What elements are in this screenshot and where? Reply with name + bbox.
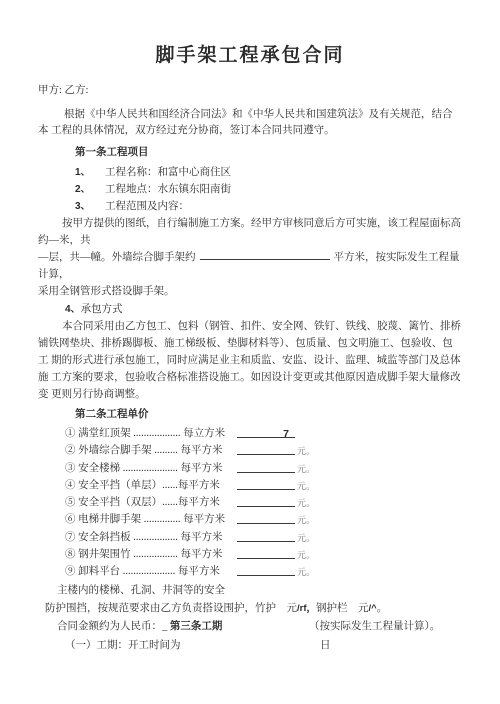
price-item-label: ⑨ 卸料平台 .................... 每平方米 <box>65 566 220 577</box>
item-number: 2、 <box>75 181 105 198</box>
contract-document-page: 脚手架工程承包合同 甲方: 乙方: 根据《中华人民共和国经济合同法》和《中华人民… <box>0 0 500 704</box>
price-row-full-hall-frame: ① 满堂红顶架 .................. 每立方米 7 <box>65 426 462 443</box>
safety-note-line: 主楼内的楼梯、孔洞、井洞等的安全 <box>57 582 462 599</box>
section2-heading: 第二条工程单价 <box>75 406 462 423</box>
price-item-label: ⑦ 安全斜挡板 ................. 每平方米 <box>65 532 223 543</box>
price-blank-field[interactable] <box>237 495 295 507</box>
list-item-project-name: 1、工程名称：和富中心商住区 <box>75 164 462 181</box>
duration-line: （一）工期：开工时间为 日 <box>65 637 462 654</box>
price-unit-suffix: 元。 <box>297 515 315 525</box>
duration-text: （一）工期：开工时间为 <box>65 640 181 651</box>
contract-method-paragraph: 本合同采用由乙方包工、包料（钢管、扣件、安全网、铁钉、铁线、胶蔑、篱竹、排桥 铺… <box>38 318 462 403</box>
section3-heading: 第三条工期 <box>170 621 223 632</box>
price-value <box>289 463 295 475</box>
guard-rail-line: 防护围挡，按规范要求由乙方负责搭设围护，竹护 元/rf，钢护栏 元/^。 <box>45 599 462 618</box>
section1-heading: 第一条工程项目 <box>75 144 462 161</box>
price-item-label: ⑧ 钢井架围竹 ................. 每平方米 <box>65 549 223 560</box>
item-text: 承包方式 <box>81 304 123 315</box>
price-unit-suffix: 元。 <box>297 464 315 474</box>
guard-text-1: 防护围挡，按规范要求由乙方负责搭设围护，竹护 元 <box>45 603 297 614</box>
scope-text-before-blank: —层，共—幢。外墙综合脚手架约 <box>38 252 196 263</box>
day-character: 日 <box>320 637 331 654</box>
price-blank-field[interactable] <box>237 478 295 490</box>
price-row-safety-barrier-double: ⑤ 安全平挡（双层）......每平方米 元。 <box>65 495 462 512</box>
price-blank-field[interactable] <box>237 443 295 455</box>
price-row-safety-barrier-single: ④ 安全平挡（单层）......每平方米 元。 <box>65 478 462 495</box>
price-item-label: ⑥ 电梯井脚手架 .............. 每平方米 <box>65 514 225 525</box>
list-item-project-scope: 3、工程范围及内容： <box>75 198 462 215</box>
scope-paragraph-line2: —层，共—幢。外墙综合脚手架约平方米，按实际发生工程量计算， <box>38 249 462 283</box>
price-row-safety-stairs: ③ 安全楼梯 ..................... 每平方米 元。 <box>65 461 462 478</box>
price-unit-suffix: 元。 <box>297 550 315 560</box>
list-item-project-location: 2、工程地点：水东镇东阳南街 <box>75 181 462 198</box>
price-unit-suffix: 元。 <box>297 481 315 491</box>
guard-unit-2: /^ <box>369 603 377 614</box>
price-tail: 7 <box>237 426 297 443</box>
price-blank-field[interactable] <box>237 512 295 524</box>
price-tail: 元。 <box>237 564 315 581</box>
price-item-label: ① 满堂红顶架 .................. 每立方米 <box>65 428 225 439</box>
guard-text-3: 。 <box>377 603 388 614</box>
list-item-contract-method: 4、承包方式 <box>65 301 462 318</box>
price-row-unloading-platform: ⑨ 卸料平台 .................... 每平方米 元。 <box>65 564 462 581</box>
amount-blank: _ <box>162 621 170 632</box>
price-item-label: ⑤ 安全平挡（双层）......每平方米 <box>65 497 220 508</box>
price-row-elevator-shaft: ⑥ 电梯井脚手架 .............. 每平方米 元。 <box>65 512 462 529</box>
price-tail: 元。 <box>237 478 315 495</box>
area-blank-field[interactable] <box>200 249 330 260</box>
parties-line: 甲方: 乙方: <box>38 83 462 99</box>
price-value <box>289 445 295 457</box>
document-title: 脚手架工程承包合同 <box>38 44 462 68</box>
price-value <box>289 497 295 509</box>
price-value <box>289 480 295 492</box>
guard-text-2: 钢护栏 元 <box>316 603 369 614</box>
quantity-note: （按实际发生工程量计算）。 <box>309 618 440 636</box>
price-blank-field[interactable] <box>237 530 295 542</box>
item-text: 工程地点：水东镇东阳南街 <box>105 184 231 195</box>
price-item-label: ④ 安全平挡（单层）......每平方米 <box>65 480 220 491</box>
scope-paragraph-line1: 按甲方提供的图纸，自行编制施工方案。经甲方审核同意后方可实施，该工程屋面标高 约… <box>38 215 462 249</box>
price-item-label: ③ 安全楼梯 ..................... 每平方米 <box>65 463 223 474</box>
price-value <box>289 549 295 561</box>
price-tail: 元。 <box>237 495 315 512</box>
price-tail: 元。 <box>237 530 315 547</box>
price-unit-suffix: 元。 <box>297 498 315 508</box>
price-row-exterior-scaffold: ② 外墙综合脚手架 ......... 每平方米 元。 <box>65 443 462 460</box>
item-number: 1、 <box>75 164 105 181</box>
price-blank-field[interactable]: 7 <box>237 426 295 438</box>
item-number: 4、 <box>65 304 81 315</box>
price-tail: 元。 <box>237 461 315 478</box>
price-unit-suffix: 元。 <box>297 446 315 456</box>
price-unit-suffix: 元。 <box>297 533 315 543</box>
item-text: 工程范围及内容： <box>105 201 189 212</box>
amount-prefix: 合同金额约为人民币： <box>57 621 162 632</box>
guard-unit-1: /rf， <box>297 603 316 614</box>
price-row-slant-board: ⑦ 安全斜挡板 ................. 每平方米 元。 <box>65 530 462 547</box>
price-blank-field[interactable] <box>237 564 295 576</box>
price-row-steel-hoist-fence: ⑧ 钢井架围竹 ................. 每平方米 元。 <box>65 547 462 564</box>
intro-paragraph: 根据《中华人民共和国经济合同法》和《中华人民共和国建筑法》及有关规范，结合本 工… <box>38 107 462 139</box>
price-value <box>289 566 295 578</box>
price-value: 7 <box>283 428 295 440</box>
price-item-label: ② 外墙综合脚手架 ......... 每平方米 <box>65 445 223 456</box>
price-value <box>289 532 295 544</box>
item-number: 3、 <box>75 198 105 215</box>
price-list: ① 满堂红顶架 .................. 每立方米 7 ② 外墙综合… <box>38 426 462 582</box>
price-blank-field[interactable] <box>237 547 295 559</box>
price-blank-field[interactable] <box>237 461 295 473</box>
item-text: 工程名称：和富中心商住区 <box>105 167 231 178</box>
contract-amount-line: 合同金额约为人民币：_ 第三条工期 （按实际发生工程量计算）。 <box>57 618 462 636</box>
price-unit-suffix: 元。 <box>297 567 315 577</box>
price-tail: 元。 <box>237 547 315 564</box>
scope-paragraph-line3: 采用全钢管形式搭设脚手架。 <box>38 283 462 300</box>
price-tail: 元。 <box>237 512 315 529</box>
price-value <box>289 514 295 526</box>
price-tail: 元。 <box>237 443 315 460</box>
